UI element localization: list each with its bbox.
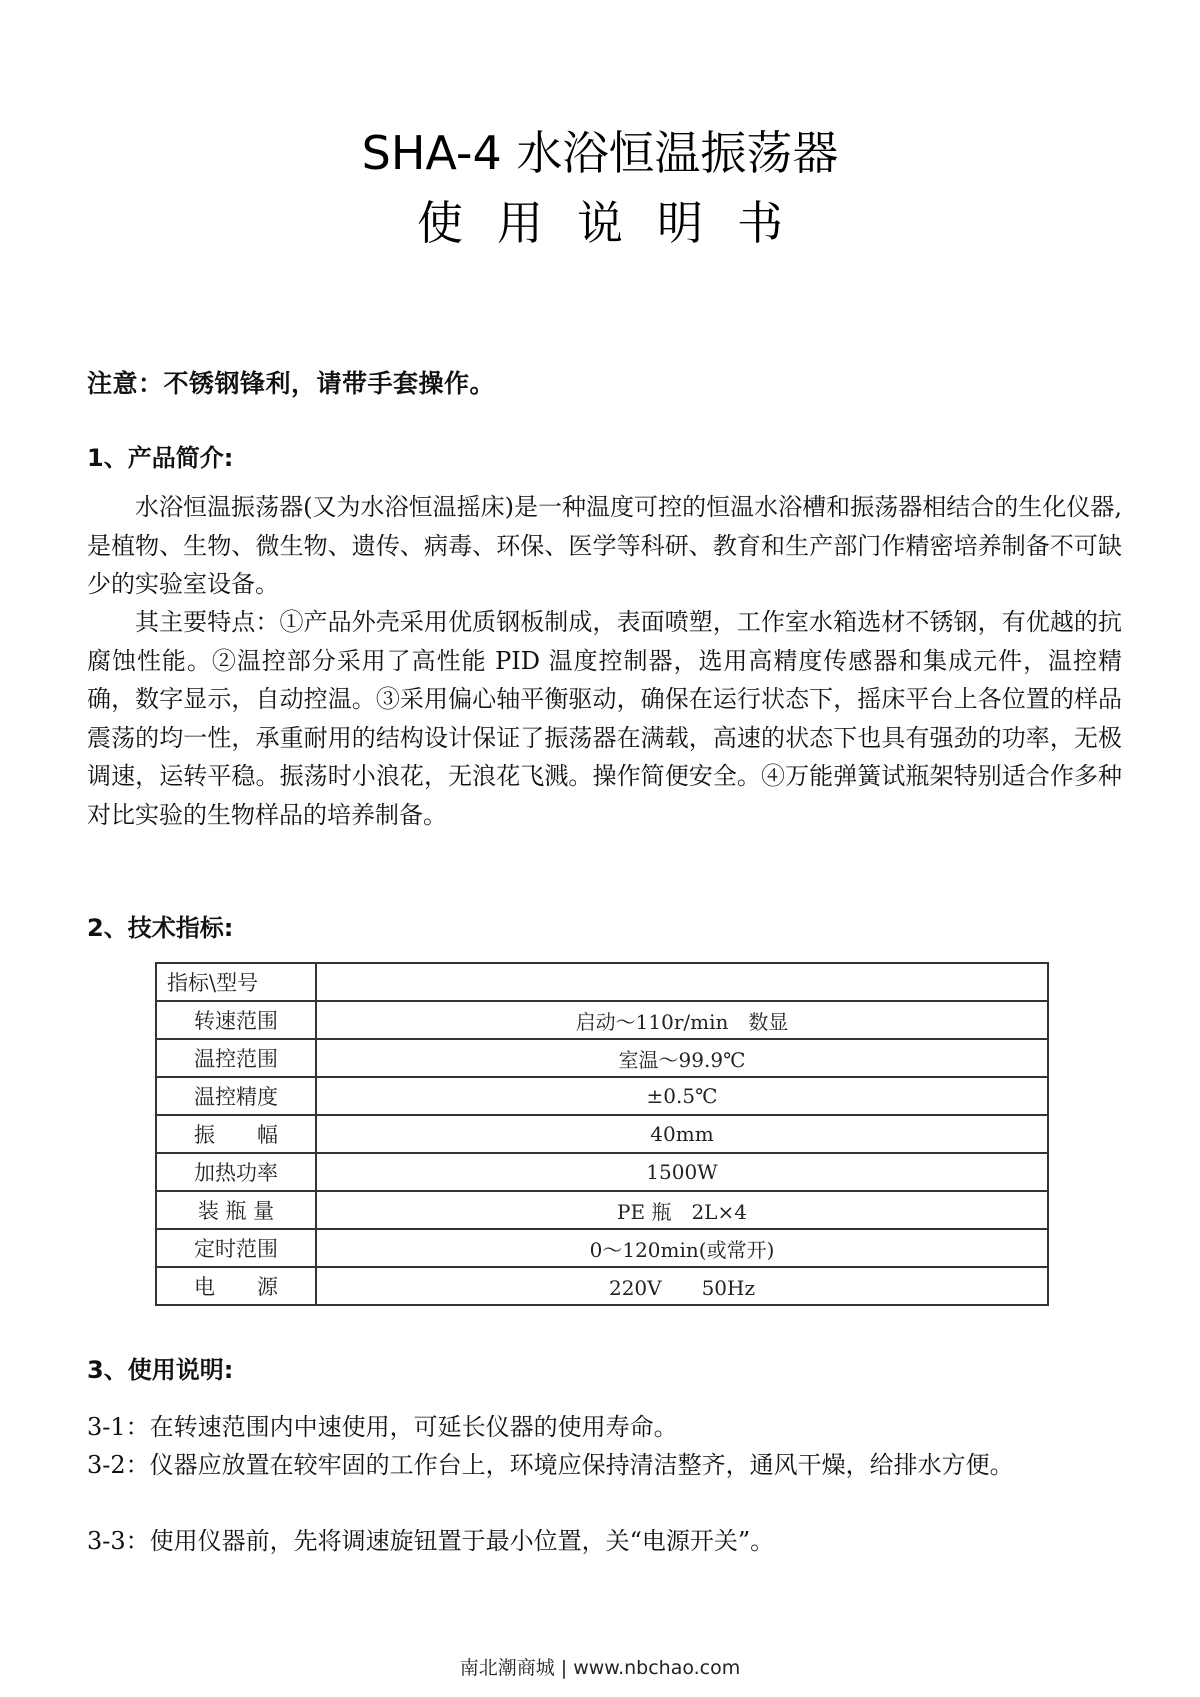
spec-value: 40mm	[316, 1115, 1048, 1153]
spec-value: 室温～99.9℃	[316, 1039, 1048, 1077]
spec-value: 220V 50Hz	[316, 1267, 1048, 1305]
document-title-block: SHA-4 水浴恒温振荡器 使用说明书	[0, 118, 1200, 258]
table-row: 温控精度 ±0.5℃	[156, 1077, 1048, 1115]
safety-notice: 注意：不锈钢锋利，请带手套操作。	[87, 364, 495, 400]
table-header-row: 指标\型号	[156, 963, 1048, 1001]
usage-item-1: 3-1：在转速范围内中速使用，可延长仪器的使用寿命。	[87, 1408, 1122, 1446]
spec-key: 定时范围	[156, 1229, 316, 1267]
intro-paragraph-2: 其主要特点：①产品外壳采用优质钢板制成，表面喷塑，工作室水箱选材不锈钢，有优越的…	[87, 603, 1122, 834]
spec-key: 温控精度	[156, 1077, 316, 1115]
spec-key: 转速范围	[156, 1001, 316, 1039]
usage-item-3: 3-3：使用仪器前，先将调速旋钮置于最小位置，关“电源开关”。	[87, 1522, 1122, 1560]
spec-key: 温控范围	[156, 1039, 316, 1077]
table-row: 转速范围 启动～110r/min 数显	[156, 1001, 1048, 1039]
document-subtitle: 使用说明书	[0, 188, 1200, 258]
section-heading-intro: 1、产品简介:	[87, 438, 233, 473]
table-row: 电 源 220V 50Hz	[156, 1267, 1048, 1305]
document-title: SHA-4 水浴恒温振荡器	[0, 118, 1200, 188]
spec-value: PE 瓶 2L×4	[316, 1191, 1048, 1229]
spec-value: 1500W	[316, 1153, 1048, 1191]
section-heading-specs: 2、技术指标:	[87, 908, 233, 943]
table-header-value	[316, 963, 1048, 1001]
spec-key: 加热功率	[156, 1153, 316, 1191]
spec-key: 装 瓶 量	[156, 1191, 316, 1229]
spec-value: ±0.5℃	[316, 1077, 1048, 1115]
table-header-key: 指标\型号	[156, 963, 316, 1001]
footer-watermark: 南北潮商城 | www.nbchao.com	[0, 1653, 1200, 1680]
spec-value: 0～120min(或常开)	[316, 1229, 1048, 1267]
table-row: 定时范围 0～120min(或常开)	[156, 1229, 1048, 1267]
spec-table: 指标\型号 转速范围 启动～110r/min 数显 温控范围 室温～99.9℃ …	[155, 962, 1049, 1306]
section-heading-usage: 3、使用说明:	[87, 1350, 233, 1385]
table-row: 装 瓶 量 PE 瓶 2L×4	[156, 1191, 1048, 1229]
spec-key: 振 幅	[156, 1115, 316, 1153]
table-row: 温控范围 室温～99.9℃	[156, 1039, 1048, 1077]
spec-key: 电 源	[156, 1267, 316, 1305]
table-row: 振 幅 40mm	[156, 1115, 1048, 1153]
intro-paragraph-1: 水浴恒温振荡器(又为水浴恒温摇床)是一种温度可控的恒温水浴槽和振荡器相结合的生化…	[87, 488, 1122, 604]
table-row: 加热功率 1500W	[156, 1153, 1048, 1191]
spec-value: 启动～110r/min 数显	[316, 1001, 1048, 1039]
usage-item-2: 3-2：仪器应放置在较牢固的工作台上，环境应保持清洁整齐，通风干燥，给排水方便。	[87, 1446, 1122, 1484]
